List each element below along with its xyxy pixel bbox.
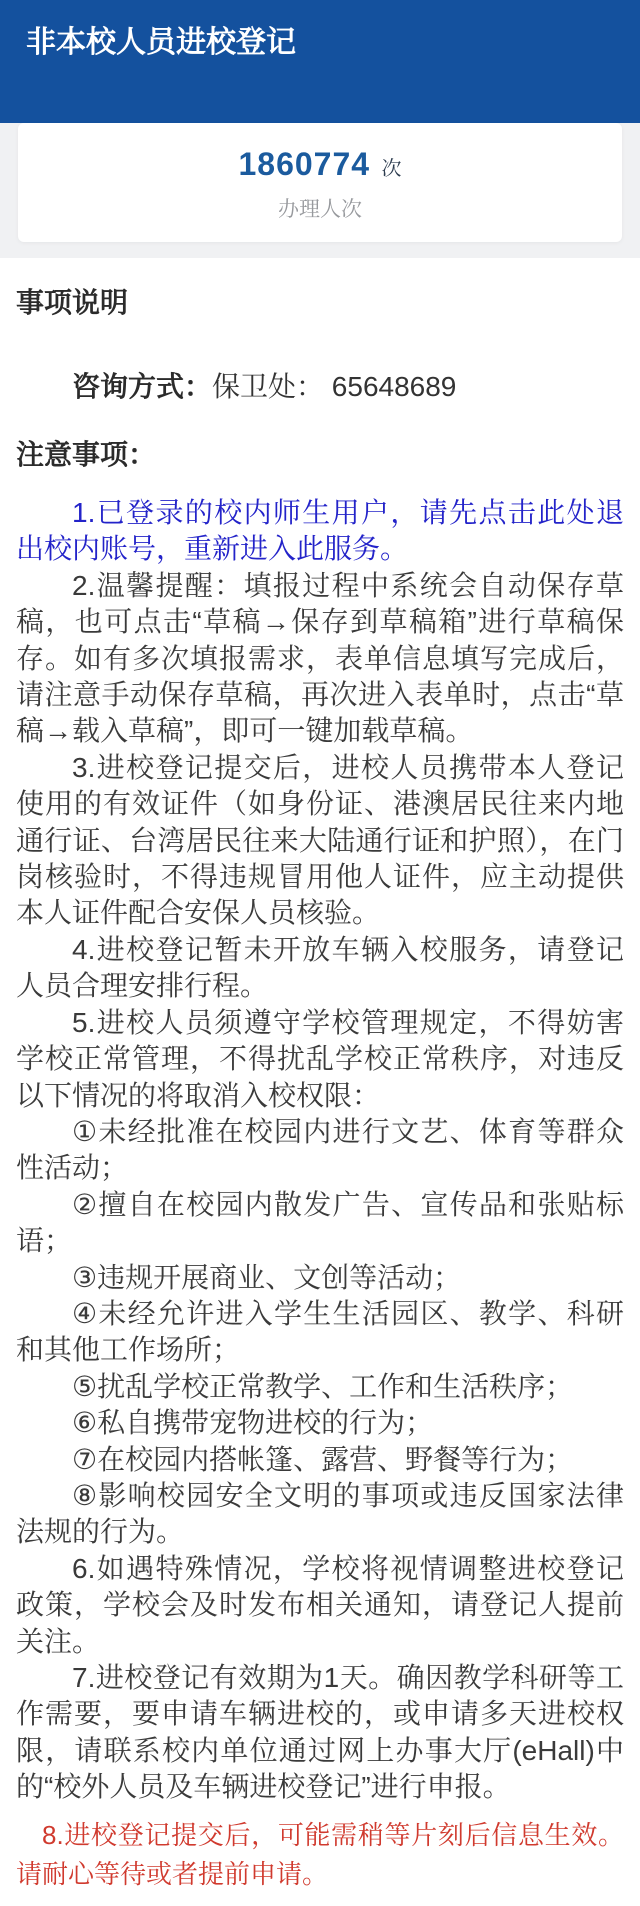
notice-item-5-sub-3: ③违规开展商业、文创等活动； [16,1260,624,1296]
notice-item-5-sub-1: ①未经批准在校园内进行文艺、体育等群众性活动； [16,1114,624,1187]
page-title: 非本校人员进校登记 [26,26,620,60]
content-area: 事项说明 咨询方式：保卫处： 65648689 注意事项： 1.已登录的校内师生… [0,258,640,1902]
notice-item-2: 2.温馨提醒：填报过程中系统会自动保存草稿，也可点击“草稿→保存到草稿箱”进行草… [16,568,624,750]
stat-count: 1860774 [238,146,370,182]
contact-line: 咨询方式：保卫处： 65648689 [16,369,624,405]
stat-section: 1860774 次 办理人次 [0,123,640,258]
notice-item-4: 4.进校登记暂未开放车辆入校服务，请登记人员合理安排行程。 [16,932,624,1005]
notice-item-5-sub-5: ⑤扰乱学校正常教学、工作和生活秩序； [16,1369,624,1405]
notice-title: 注意事项： [16,437,624,473]
notice-item-3: 3.进校登记提交后，进校人员携带本人登记使用的有效证件（如身份证、港澳居民往来内… [16,750,624,932]
notice-item-5: 5.进校人员须遵守学校管理规定，不得妨害学校正常管理，不得扰乱学校正常秩序，对违… [16,1005,624,1114]
notice-item-5-sub-6: ⑥私自携带宠物进校的行为； [16,1405,624,1441]
notice-item-1-logout-link[interactable]: 1.已登录的校内师生用户，请先点击此处退出校内账号，重新进入此服务。 [16,495,624,568]
stat-line: 1860774 次 [18,145,622,190]
stat-label: 办理人次 [18,196,622,224]
notice-item-8-warning: 8.进校登记提交后，可能需稍等片刻后信息生效。请耐心等待或者提前申请。 [16,1816,624,1894]
notice-item-5-sub-7: ⑦在校园内搭帐篷、露营、野餐等行为； [16,1442,624,1478]
notice-item-6: 6.如遇特殊情况，学校将视情调整进校登记政策，学校会及时发布相关通知，请登记人提… [16,1551,624,1660]
notice-item-7: 7.进校登记有效期为1天。确因教学科研等工作需要，要申请车辆进校的，或申请多天进… [16,1660,624,1806]
notice-item-5-sub-8: ⑧影响校园安全文明的事项或违反国家法律法规的行为。 [16,1478,624,1551]
notice-item-5-sub-2: ②擅自在校园内散发广告、宣传品和张贴标语； [16,1187,624,1260]
notice-item-5-sub-4: ④未经允许进入学生生活园区、教学、科研和其他工作场所； [16,1296,624,1369]
section-title: 事项说明 [16,285,624,321]
contact-value: 保卫处： 65648689 [212,371,456,402]
stat-card: 1860774 次 办理人次 [18,123,622,242]
contact-label: 咨询方式： [72,371,212,402]
stat-unit: 次 [382,158,402,180]
